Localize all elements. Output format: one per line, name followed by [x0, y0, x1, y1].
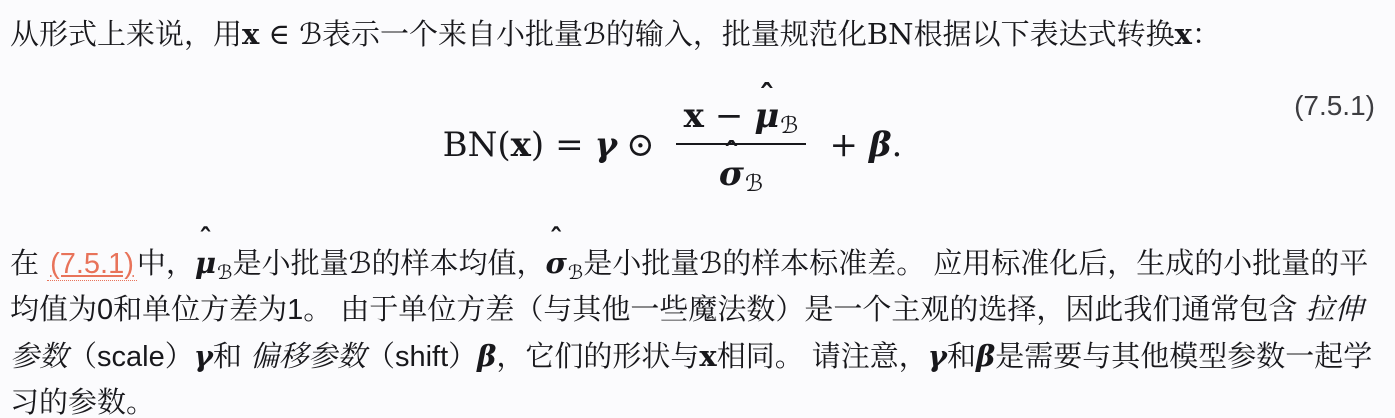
element-of-symbol: ∈: [259, 17, 299, 51]
subscript-script-b: ℬ: [217, 261, 233, 284]
text-run: 根据以下表达式转换: [914, 19, 1175, 51]
text-run: ，它们的形状与: [496, 341, 699, 373]
fraction: x−ˆμℬ ˆσℬ: [676, 96, 807, 194]
close-paren: ): [531, 125, 544, 165]
sigma-hat: ˆσ: [719, 154, 744, 194]
text-run: （shift）: [366, 341, 477, 373]
text-run: 是小批量: [233, 248, 349, 280]
hat-accent: ˆ: [199, 227, 213, 255]
plus-sign: +: [829, 125, 858, 165]
math-x: x: [699, 339, 716, 373]
text-run: （scale）: [68, 341, 194, 373]
formula-lhs: BN(x): [443, 125, 545, 165]
period: .: [892, 125, 903, 165]
sigma-hat-inline: ˆσℬ: [545, 246, 583, 280]
equation-block: BN(x) = γ ⊙ x−ˆμℬ ˆσℬ + β. (7.5.1): [10, 58, 1385, 232]
math-beta: β: [976, 339, 995, 373]
text-run: 从形式上来说，用: [10, 19, 242, 51]
subscript-script-b: ℬ: [745, 171, 763, 197]
math-gamma: γ: [928, 339, 947, 373]
subscript-script-b: ℬ: [568, 261, 584, 284]
fraction-numerator: x−ˆμℬ: [676, 96, 807, 143]
intro-paragraph: 从形式上来说，用x ∈ ℬ表示一个来自小批量ℬ的输入，批量规范化BN根据以下表达…: [10, 11, 1385, 58]
text-run: 和: [947, 341, 976, 373]
text-run: 是小批量: [583, 248, 699, 280]
math-bn-roman: BN: [867, 17, 914, 51]
term-shift-param: 偏移参数: [250, 341, 366, 373]
subscript-script-b: ℬ: [780, 113, 798, 139]
script-b: ℬ: [349, 246, 372, 280]
math-gamma: γ: [194, 339, 213, 373]
script-b: ℬ: [299, 17, 322, 51]
mu-hat: ˆμ: [754, 96, 779, 136]
math-x: x: [511, 125, 531, 165]
text-run: 的样本均值，: [371, 248, 545, 280]
hat-accent: ˆ: [759, 81, 775, 113]
script-b: ℬ: [583, 17, 606, 51]
equals-sign: =: [555, 125, 584, 165]
equation-number: (7.5.1): [1294, 90, 1375, 122]
script-b: ℬ: [699, 246, 722, 280]
fraction-denominator: ˆσℬ: [711, 145, 771, 194]
hat-accent: ˆ: [549, 227, 563, 255]
math-beta: β: [477, 339, 496, 373]
body-paragraph: 在 (7.5.1)中，ˆμℬ是小批量ℬ的样本均值，ˆσℬ是小批量ℬ的样本标准差。…: [10, 240, 1385, 418]
math-x: x: [1175, 17, 1192, 51]
math-beta: β: [869, 125, 892, 165]
text-run: ：: [1192, 19, 1221, 51]
content-area: 从形式上来说，用x ∈ ℬ表示一个来自小批量ℬ的输入，批量规范化BN根据以下表达…: [0, 0, 1395, 418]
equation-reference-link[interactable]: (7.5.1): [47, 248, 137, 281]
minus-sign: −: [715, 96, 744, 136]
bn-function: BN(: [443, 125, 511, 165]
odot-operator: ⊙: [626, 125, 655, 165]
text-run: 的输入，批量规范化: [606, 19, 867, 51]
math-x: x: [242, 17, 259, 51]
text-run: 表示一个来自小批量: [322, 19, 583, 51]
batchnorm-formula: BN(x) = γ ⊙ x−ˆμℬ ˆσℬ + β.: [443, 96, 903, 194]
math-x: x: [684, 96, 704, 136]
text-run: 和: [213, 341, 250, 373]
text-run: 中，: [137, 248, 195, 280]
mu-hat-inline: ˆμℬ: [195, 246, 233, 280]
text-run: 相同。 请注意，: [717, 341, 928, 373]
hat-accent: ˆ: [723, 139, 739, 171]
text-run: 在: [10, 248, 47, 280]
math-gamma: γ: [595, 125, 617, 165]
